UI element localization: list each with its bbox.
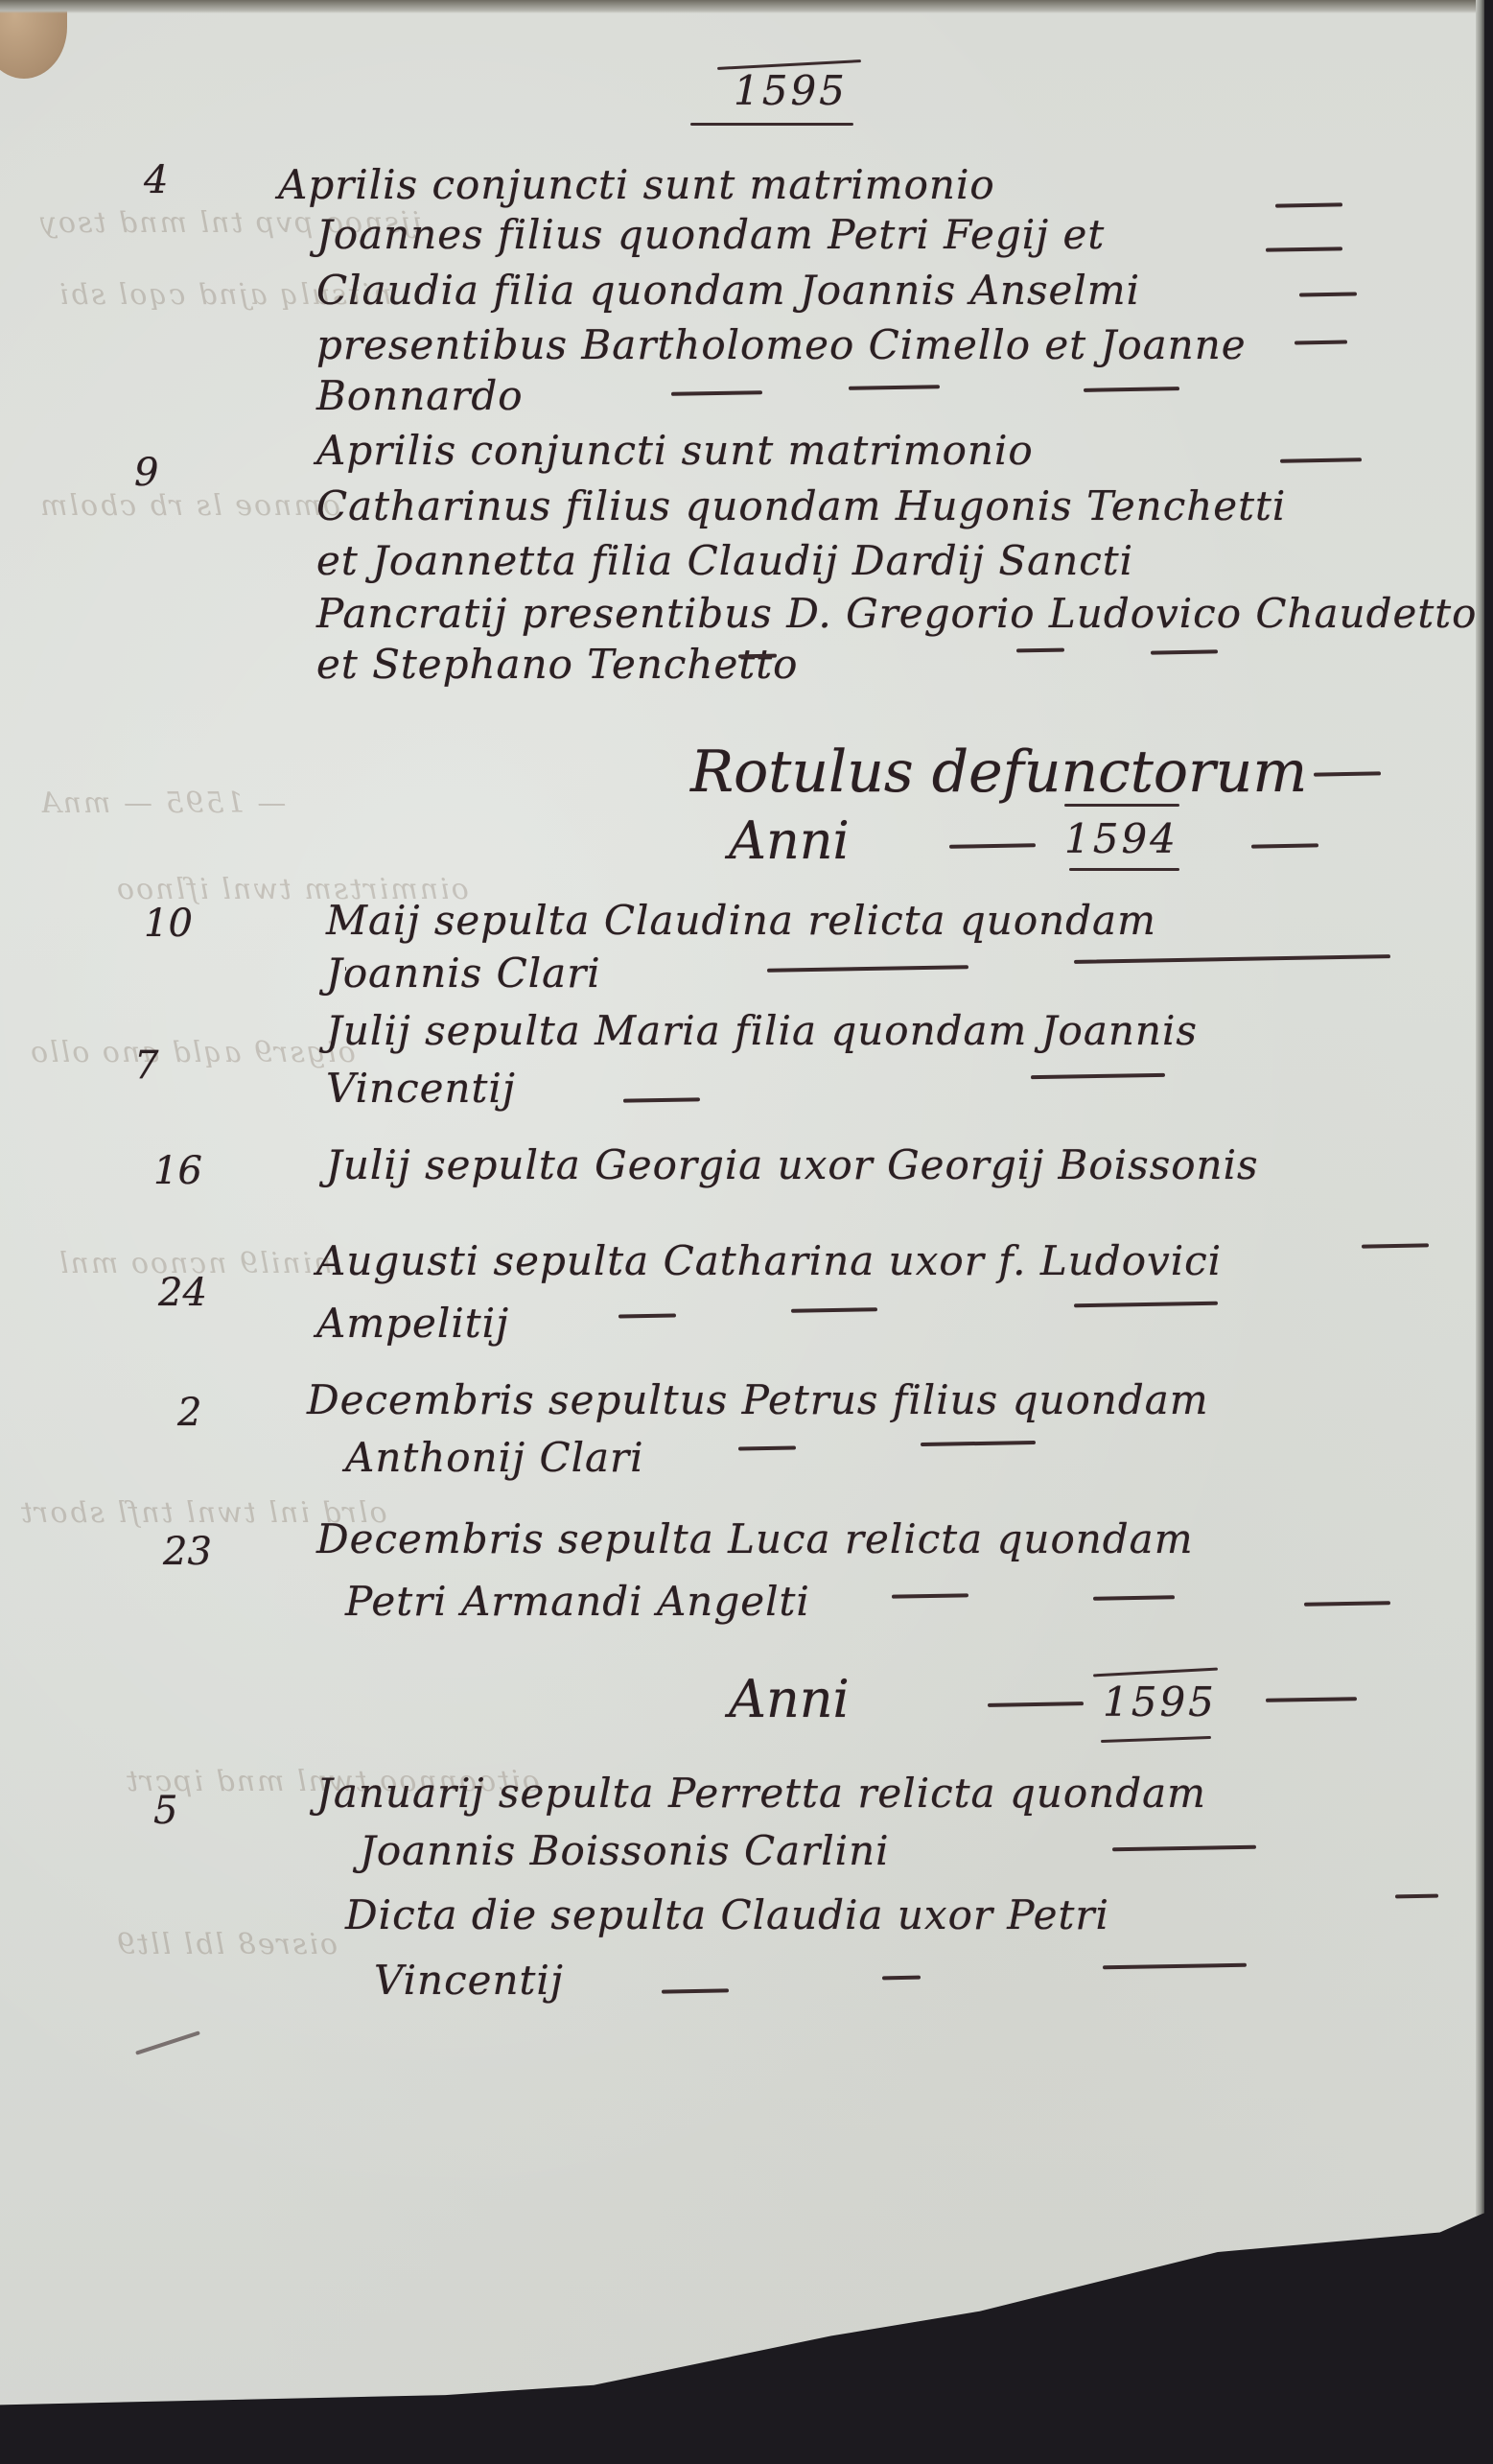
entry-day-number: 24	[158, 1271, 207, 1315]
bleed-through-text: oisre8 lbl llt9	[115, 1928, 338, 1961]
manuscript-page: ijsnoo pvp tnl mnd tsoy nitsulq ajnd cqo…	[0, 0, 1484, 2464]
line-filler-dash	[738, 1445, 796, 1450]
marriage-entry-line: Joannes filius quondam Petri Fegij et	[316, 211, 1105, 258]
marriage-entry-line: Claudia filia quondam Joannis Anselmi	[316, 267, 1140, 314]
line-filler-dash	[1299, 292, 1357, 296]
marriage-entry-line: Aprilis conjuncti sunt matrimonio	[278, 161, 995, 208]
page-right-edge	[1476, 0, 1484, 2464]
line-filler-dash	[738, 654, 777, 659]
burial-entry-line: Ampelitij	[316, 1300, 509, 1347]
entry-day-number: 2	[177, 1391, 201, 1435]
line-filler-dash	[767, 965, 968, 973]
year-label: Anni	[729, 810, 850, 871]
marriage-entry-line: Catharinus filius quondam Hugonis Tenche…	[316, 482, 1286, 529]
burial-entry-line: Joannis Clari	[326, 950, 601, 997]
line-filler-dash	[1112, 1845, 1256, 1852]
bleed-through-text: omnoe ls rb cbolm	[38, 489, 340, 523]
line-filler-dash	[849, 385, 940, 390]
marriage-entry-line: Aprilis conjuncti sunt matrimonio	[316, 427, 1034, 474]
line-filler-dash	[671, 390, 762, 396]
line-filler-dash	[1031, 1073, 1165, 1079]
line-filler-dash	[1084, 387, 1179, 392]
burial-entry-line: Vincentij	[374, 1957, 564, 2004]
line-filler-dash	[1362, 1243, 1429, 1248]
burial-entry-line: Augusti sepulta Catharina uxor f. Ludovi…	[316, 1237, 1222, 1284]
burial-entry-line: Vincentij	[326, 1065, 516, 1112]
line-filler-dash	[618, 1313, 676, 1318]
marriage-entry-line: et Joannetta filia Claudij Dardij Sancti	[316, 537, 1133, 584]
line-filler-dash	[921, 1441, 1036, 1446]
page-top-edge	[0, 0, 1493, 13]
line-filler-dash	[1304, 1601, 1390, 1607]
burial-entry-line: Anthonij Clari	[345, 1434, 644, 1481]
line-filler-dash	[882, 1976, 921, 1981]
header-underline	[690, 123, 853, 126]
line-filler-dash	[1016, 648, 1064, 653]
entry-day-number: 16	[153, 1149, 202, 1193]
heading-filler-dash	[988, 1701, 1084, 1707]
year-underline	[1101, 1736, 1211, 1743]
line-filler-dash	[791, 1307, 877, 1313]
stray-pen-stroke	[135, 2030, 200, 2054]
entry-day-number: 10	[144, 902, 193, 946]
heading-filler-dash	[949, 843, 1036, 849]
heading-filler-dash	[1251, 843, 1318, 848]
burial-entry-line: Julij sepulta Maria filia quondam Joanni…	[326, 1007, 1198, 1054]
line-filler-dash	[1295, 340, 1347, 345]
line-filler-dash	[1093, 1595, 1175, 1600]
line-filler-dash	[892, 1593, 968, 1598]
line-filler-dash	[1280, 458, 1362, 462]
section-year: 1595	[1103, 1678, 1217, 1725]
heading-filler-dash	[1266, 1697, 1357, 1702]
entry-day-number: 7	[134, 1044, 158, 1088]
burial-entry-line: Julij sepulta Georgia uxor Georgij Boiss…	[326, 1141, 1259, 1188]
burial-entry-line: Decembris sepultus Petrus filius quondam	[307, 1376, 1209, 1423]
entry-day-number: 9	[134, 451, 158, 495]
line-filler-dash	[1074, 1302, 1218, 1308]
burial-entry-line: Joannis Boissonis Carlini	[360, 1827, 890, 1874]
section-heading: Rotulus defunctorum	[690, 739, 1307, 806]
heading-filler-dash	[1314, 771, 1381, 776]
line-filler-dash	[623, 1097, 700, 1102]
entry-day-number: 4	[144, 158, 168, 202]
bleed-through-text: — 1595 — mnA	[38, 786, 286, 820]
burial-entry-line: Dicta die sepulta Claudia uxor Petri	[345, 1891, 1109, 1938]
line-filler-dash	[1266, 246, 1342, 251]
entry-day-number: 5	[153, 1789, 177, 1833]
line-filler-dash	[1395, 1894, 1438, 1899]
entry-day-number: 23	[163, 1530, 212, 1574]
year-underline	[1069, 868, 1179, 871]
section-year: 1594	[1064, 815, 1178, 862]
line-filler-dash	[1074, 954, 1390, 964]
burial-entry-line: Petri Armandi Angelti	[345, 1578, 810, 1625]
bleed-through-text: oigsr9 aqld ano ollo	[29, 1036, 356, 1069]
marriage-entry-line: Pancratij presentibus D. Gregorio Ludovi…	[316, 590, 1477, 637]
page-year-header: 1595	[734, 67, 848, 114]
line-filler-dash	[1151, 649, 1218, 654]
marriage-entry-line: Bonnardo	[316, 372, 524, 419]
year-overline	[1093, 1668, 1218, 1678]
year-label: Anni	[729, 1669, 850, 1729]
line-filler-dash	[1103, 1963, 1247, 1970]
spacer	[345, 967, 346, 971]
year-overline	[1064, 804, 1179, 807]
line-filler-dash	[662, 1988, 729, 1993]
burial-entry-line: Decembris sepulta Luca relicta quondam	[316, 1515, 1194, 1562]
marriage-entry-line: et Stephano Tenchetto	[316, 641, 798, 688]
line-filler-dash	[1275, 202, 1342, 207]
burial-entry-line: Maij sepulta Claudina relicta quondam	[326, 897, 1156, 944]
burial-entry-line: Januarij sepulta Perretta relicta quonda…	[316, 1770, 1206, 1817]
marriage-entry-line: presentibus Bartholomeo Cimello et Joann…	[316, 321, 1247, 368]
